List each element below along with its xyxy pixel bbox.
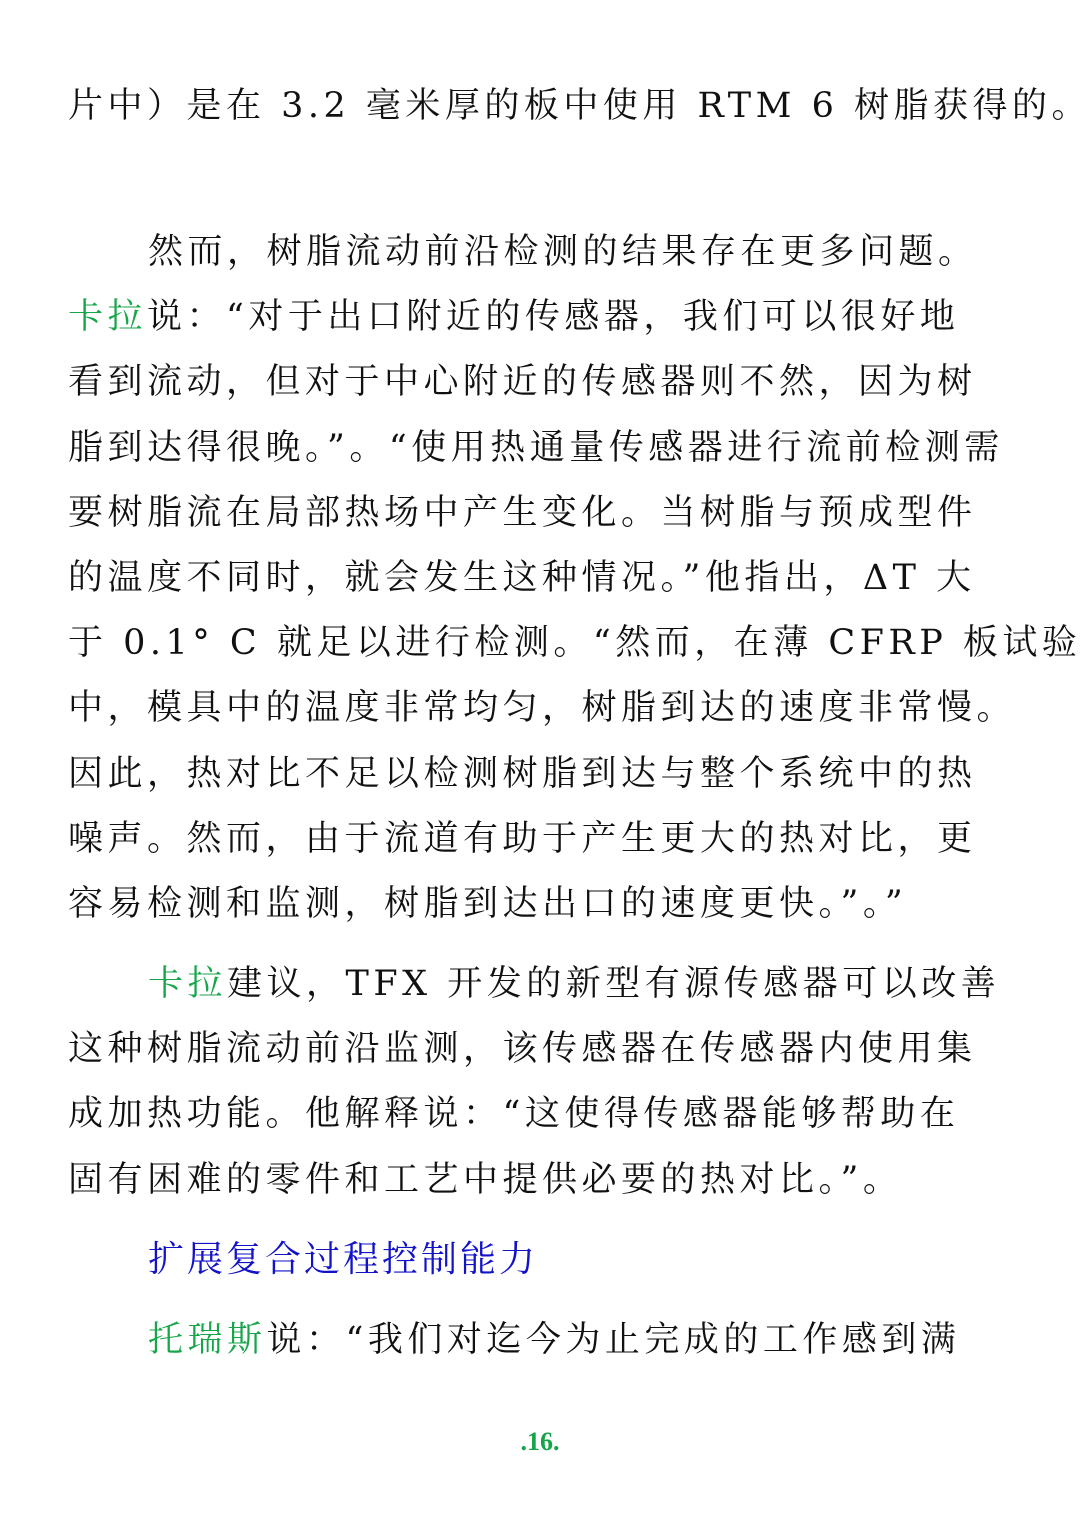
paragraph-line: 卡拉建议，TFX 开发的新型有源传感器可以改善 [148,964,1000,1004]
speaker-name: 托瑞斯 [148,1320,267,1360]
paragraph-line: 因此，热对比不足以检测树脂到达与整个系统中的热 [68,754,977,794]
paragraph-line: 的温度不同时，就会发生这种情况。”他指出，ΔT 大 [68,558,976,598]
paragraph-line: 噪声。然而，由于流道有助于产生更大的热对比，更 [68,819,977,859]
paragraph-line: 卡拉说：“对于出口附近的传感器，我们可以很好地 [68,297,959,337]
paragraph-line: 托瑞斯说：“我们对迄今为止完成的工作感到满 [148,1320,960,1360]
paragraph-line: 成加热功能。他解释说：“这使得传感器能够帮助在 [68,1094,959,1134]
paragraph-line: 片中）是在 3.2 毫米厚的板中使用 RTM 6 树脂获得的。 [68,86,1080,126]
section-heading: 扩展复合过程控制能力 [148,1240,538,1280]
line-text: 说：“我们对迄今为止完成的工作感到满 [267,1320,961,1360]
paragraph-line: 然而，树脂流动前沿检测的结果存在更多问题。 [148,232,978,272]
speaker-name: 卡拉 [68,297,147,337]
paragraph-line: 容易检测和监测，树脂到达出口的速度更快。”。” [68,884,907,924]
speaker-name: 卡拉 [148,964,227,1004]
page-number: .16. [0,1427,1080,1457]
paragraph-line: 脂到达得很晚。”。“使用热通量传感器进行流前检测需 [68,428,1004,468]
paragraph-line: 中，模具中的温度非常均匀，树脂到达的速度非常慢。 [68,688,1016,728]
paragraph-line: 于 0.1° C 就足以进行检测。“然而，在薄 CFRP 板试验 [68,623,1080,663]
line-text: 说：“对于出口附近的传感器，我们可以很好地 [147,297,959,337]
paragraph-line: 看到流动，但对于中心附近的传感器则不然，因为树 [68,362,977,402]
paragraph-line: 这种树脂流动前沿监测，该传感器在传感器内使用集 [68,1029,977,1069]
paragraph-line: 要树脂流在局部热场中产生变化。当树脂与预成型件 [68,493,977,533]
line-text: 建议，TFX 开发的新型有源传感器可以改善 [227,964,1000,1004]
paragraph-line: 固有困难的零件和工艺中提供必要的热对比。”。 [68,1160,902,1200]
